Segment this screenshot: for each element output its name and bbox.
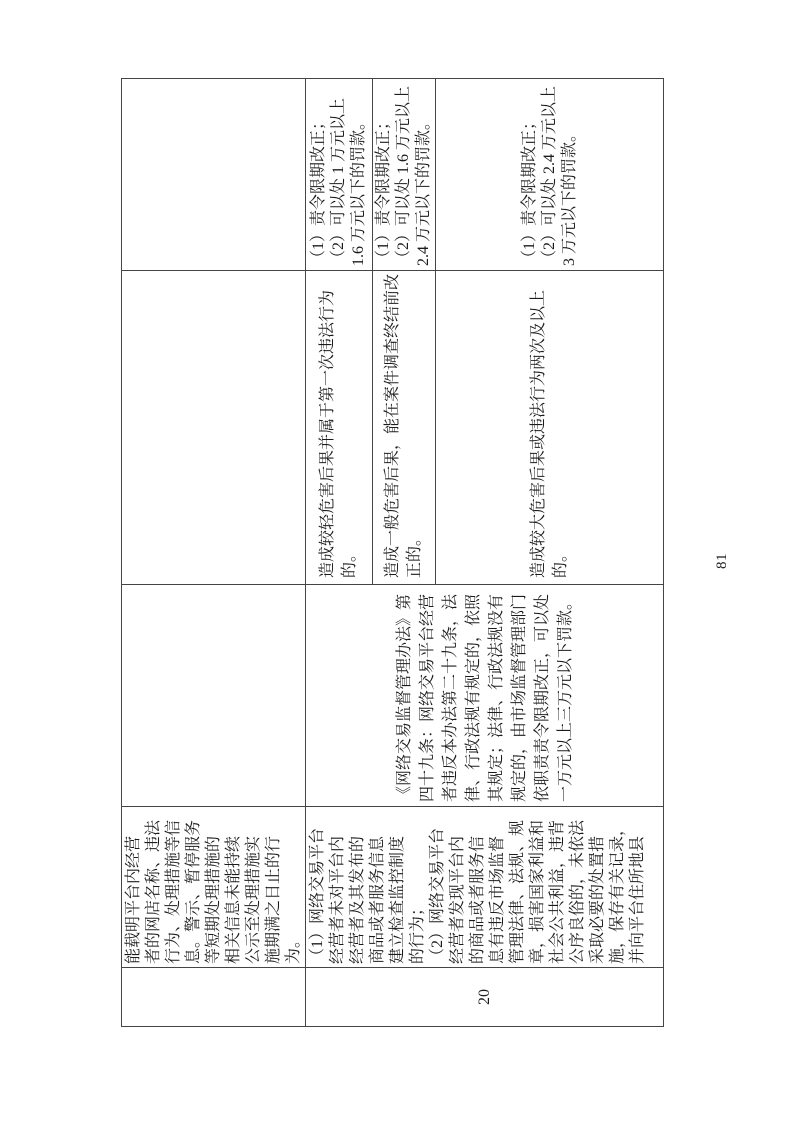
cell-entry-violation: （1）网络交易平台 经营者未对平台内 经营者及其发布的 商品或者服务信息 建立检… xyxy=(306,806,664,967)
cell-legal-basis-continuation xyxy=(122,584,306,806)
tier2-circumstance-text: 造成一般危害后果，能在案件调查终结前改 正的。 xyxy=(382,274,426,578)
cell-tier1-penalty: （1）责令限期改正； （2）可以处 1 万元以上 1.6 万元以下的罚款。 xyxy=(306,78,373,270)
cell-index-continuation xyxy=(122,967,306,1026)
document-page: { "page_number": "81", "table": { "conti… xyxy=(0,0,793,1122)
cell-violation-continuation: 能载明平台内经营 者的网店名称、违法 行为、处理措施等信 息。警示、暂停服务 等… xyxy=(122,806,306,967)
cell-tier3-circumstance: 造成较大危害后果或违法行为两次及以上 的。 xyxy=(436,270,664,584)
penalty-discretion-table: 能载明平台内经营 者的网店名称、违法 行为、处理措施等信 息。警示、暂停服务 等… xyxy=(121,78,664,1027)
cell-tier1-circumstance: 造成较轻危害后果并属于第一次违法行为 的。 xyxy=(306,270,373,584)
tier1-circumstance-text: 造成较轻危害后果并属于第一次违法行为 的。 xyxy=(317,290,361,578)
cell-penalty-continuation xyxy=(122,78,306,270)
tier3-circumstance-text: 造成较大危害后果或违法行为两次及以上 的。 xyxy=(528,290,572,578)
tier1-penalty-text: （1）责令限期改正； （2）可以处 1 万元以上 1.6 万元以下的罚款。 xyxy=(309,98,369,266)
cell-entry-index: 20 xyxy=(306,967,664,1026)
page-number: 81 xyxy=(714,0,731,1122)
tier2-penalty-text: （1）责令限期改正； （2）可以处 1.6 万元以上 2.4 万元以下的罚款。 xyxy=(374,86,434,266)
tier3-penalty-text: （1）责令限期改正； （2）可以处 2.4 万元以上 3 万元以下的罚款。 xyxy=(520,86,580,266)
cell-tier3-penalty: （1）责令限期改正； （2）可以处 2.4 万元以上 3 万元以下的罚款。 xyxy=(436,78,664,270)
cell-entry-legal-basis: 《网络交易监督管理办法》第 四十九条：网络交易平台经营 者违反本办法第二十九条，… xyxy=(306,584,664,806)
cell-tier2-circumstance: 造成一般危害后果，能在案件调查终结前改 正的。 xyxy=(373,270,436,584)
legal-basis-text: 《网络交易监督管理办法》第 四十九条：网络交易平台经营 者违反本办法第二十九条，… xyxy=(393,594,577,802)
cell-circumstance-continuation xyxy=(122,270,306,584)
rotated-landscape-page: 能载明平台内经营 者的网店名称、违法 行为、处理措施等信 息。警示、暂停服务 等… xyxy=(0,0,793,1122)
cell-tier2-penalty: （1）责令限期改正； （2）可以处 1.6 万元以上 2.4 万元以下的罚款。 xyxy=(373,78,436,270)
